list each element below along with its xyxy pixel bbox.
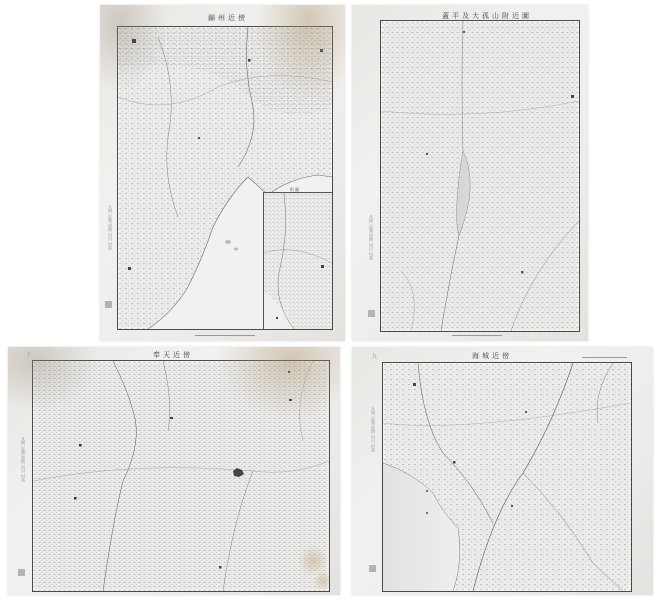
map-inset [263, 192, 333, 330]
map-sheet-bottom-right: 九 海城近傍 [352, 347, 653, 595]
marginal-legend: 凡例 記號 道路 河川 村落 [16, 437, 26, 537]
scale-bar [582, 357, 627, 358]
inset-terrain [264, 193, 332, 329]
seal-icon [105, 301, 112, 308]
scale-bar [452, 335, 502, 336]
map-title: 海城近傍 [472, 351, 512, 361]
map-terrain [383, 363, 631, 591]
map-terrain [381, 21, 579, 331]
map-frame [382, 362, 632, 592]
map-frame: 附圖 [117, 26, 333, 330]
marginal-legend: 凡例 記號 道路 河川 村落 [364, 215, 374, 305]
map-terrain [33, 361, 329, 591]
sheet-number: 十 [26, 351, 31, 358]
map-sheet-top-left: 錦州近傍 [100, 5, 345, 341]
map-frame [380, 20, 580, 332]
scale-bar [195, 335, 255, 336]
map-sheet-bottom-left: 十 奉天近傍 [8, 347, 340, 595]
seal-icon [368, 310, 375, 317]
inset-label: 附圖 [290, 187, 300, 193]
sheet-number: 九 [372, 353, 377, 360]
seal-icon [369, 565, 376, 572]
map-title: 奉天近傍 [153, 350, 193, 360]
map-sheet-top-right: 蓋平及大孤山附近圖 凡例 記號 道路 河川 村落 [352, 5, 588, 341]
map-title: 錦州近傍 [208, 13, 248, 23]
map-frame [32, 360, 330, 592]
marginal-legend: 凡例 記號 道路 河川 村落 [366, 407, 376, 537]
seal-icon [18, 569, 25, 576]
marginal-legend: 凡例 記號 道路 河川 村落 [103, 205, 113, 295]
